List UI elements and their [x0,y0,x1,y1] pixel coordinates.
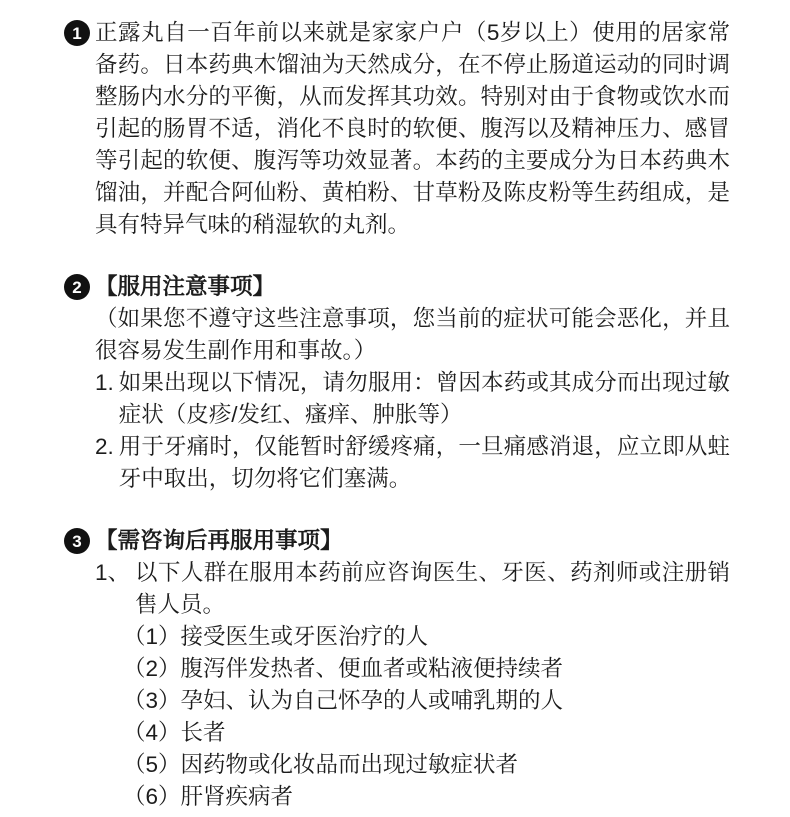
bullet-number: 1 [72,25,81,42]
consult-subgroup-6-marker: （6） [123,781,181,813]
section-usage-precautions: 2 【服用注意事项】 （如果您不遵守这些注意事项，您当前的症状可能会恶化，并且很… [64,271,730,495]
bullet-number: 3 [72,533,81,550]
consult-subgroup-4-marker: （4） [123,717,181,749]
consult-subgroup-list: （1） 接受医生或牙医治疗的人 （2） 腹泻伴发热者、便血者或粘液便持续者 （3… [95,621,730,813]
precaution-item-1: 1. 如果出现以下情况，请勿服用：曾因本药或其成分而出现过敏症状（皮疹/发红、瘙… [95,367,730,431]
medicine-instructions-page: 1 正露丸自一百年前以来就是家家户户（5岁以上）使用的居家常备药。日本药典木馏油… [0,0,790,817]
usage-precautions-note: （如果您不遵守这些注意事项，您当前的症状可能会恶化，并且很容易发生副作用和事故。… [95,303,730,367]
precaution-item-1-marker: 1. [95,367,119,399]
bullet-number: 2 [72,279,81,296]
consult-item-1-text: 以下人群在服用本药前应咨询医生、牙医、药剂师或注册销售人员。 [135,557,730,621]
section-product-intro: 1 正露丸自一百年前以来就是家家户户（5岁以上）使用的居家常备药。日本药典木馏油… [64,17,730,241]
consult-subgroup-6: （6） 肝肾疾病者 [123,781,730,813]
precaution-item-2: 2. 用于牙痛时，仅能暂时舒缓疼痛，一旦痛感消退，应立即从蛀牙中取出，切勿将它们… [95,431,730,495]
usage-precautions-heading: 【服用注意事项】 [95,271,730,303]
consult-subgroup-1-text: 接受医生或牙医治疗的人 [181,621,730,653]
consult-subgroup-2-text: 腹泻伴发热者、便血者或粘液便持续者 [181,653,730,685]
usage-precautions-content: 【服用注意事项】 （如果您不遵守这些注意事项，您当前的症状可能会恶化，并且很容易… [95,271,730,495]
product-intro-paragraph: 正露丸自一百年前以来就是家家户户（5岁以上）使用的居家常备药。日本药典木馏油为天… [95,17,730,241]
consult-subgroup-5: （5） 因药物或化妆品而出现过敏症状者 [123,749,730,781]
circled-2-icon: 2 [64,274,90,300]
circled-3-icon: 3 [64,528,90,554]
precaution-item-1-text: 如果出现以下情况，请勿服用：曾因本药或其成分而出现过敏症状（皮疹/发红、瘙痒、肿… [119,367,730,431]
consult-subgroup-1-marker: （1） [123,621,181,653]
consult-subgroup-2-marker: （2） [123,653,181,685]
consult-subgroup-4-text: 长者 [181,717,730,749]
consult-subgroup-4: （4） 长者 [123,717,730,749]
consult-subgroup-3: （3） 孕妇、认为自己怀孕的人或哺乳期的人 [123,685,730,717]
consult-subgroup-1: （1） 接受医生或牙医治疗的人 [123,621,730,653]
precaution-item-2-marker: 2. [95,431,119,463]
consult-before-use-heading: 【需咨询后再服用事项】 [95,525,730,557]
consult-subgroup-3-text: 孕妇、认为自己怀孕的人或哺乳期的人 [181,685,730,717]
precaution-item-2-text: 用于牙痛时，仅能暂时舒缓疼痛，一旦痛感消退，应立即从蛀牙中取出，切勿将它们塞满。 [119,431,730,495]
consult-subgroup-3-marker: （3） [123,685,181,717]
consult-item-1: 1、 以下人群在服用本药前应咨询医生、牙医、药剂师或注册销售人员。 [95,557,730,621]
product-intro-content: 正露丸自一百年前以来就是家家户户（5岁以上）使用的居家常备药。日本药典木馏油为天… [95,17,730,241]
consult-subgroup-5-text: 因药物或化妆品而出现过敏症状者 [181,749,730,781]
consult-before-use-content: 【需咨询后再服用事项】 1、 以下人群在服用本药前应咨询医生、牙医、药剂师或注册… [95,525,730,813]
circled-1-icon: 1 [64,20,90,46]
consult-item-1-marker: 1、 [95,557,135,589]
consult-subgroup-5-marker: （5） [123,749,181,781]
consult-subgroup-6-text: 肝肾疾病者 [181,781,730,813]
consult-subgroup-2: （2） 腹泻伴发热者、便血者或粘液便持续者 [123,653,730,685]
section-consult-before-use: 3 【需咨询后再服用事项】 1、 以下人群在服用本药前应咨询医生、牙医、药剂师或… [64,525,730,813]
